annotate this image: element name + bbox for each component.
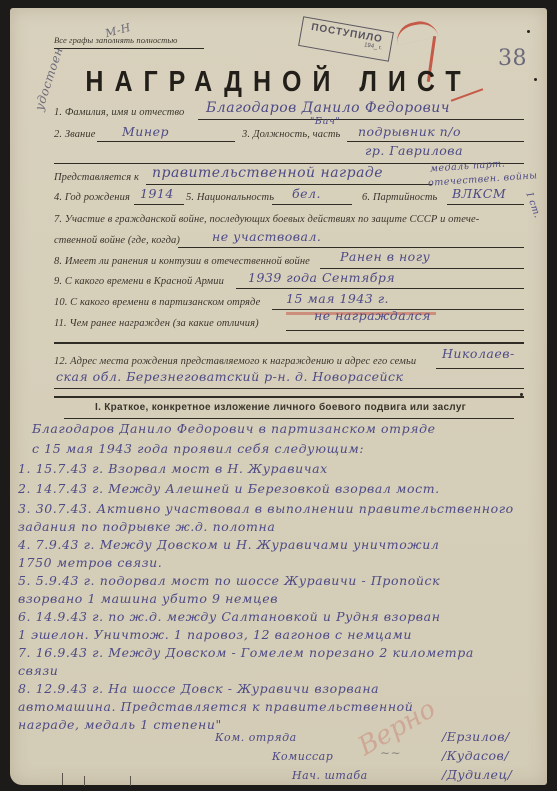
field-10-label: 10. С какого времени в партизанском отря… [54, 297, 260, 308]
narrative-line: задания по подрывке ж.д. полотна [18, 519, 275, 534]
field-9-line [236, 288, 524, 289]
field-2-value: Минер [122, 124, 169, 139]
narrative-line: 3. 30.7.43. Активно участвовал в выполне… [18, 501, 514, 516]
section-header-rule [64, 418, 514, 419]
narrative-line: взорвано 1 машина убито 9 немцев [18, 591, 278, 606]
field-10-value: 15 мая 1943 г. [286, 291, 389, 306]
narrative-line: 8. 12.9.43 г. На шоссе Довск - Журавичи … [18, 681, 379, 696]
narrative-line: автомашина. Представляется к правительст… [18, 699, 413, 714]
field-5-line [272, 204, 352, 205]
field-7-line [178, 247, 524, 248]
field-4-value: 1914 [140, 186, 174, 201]
narrative-line: 7. 16.9.43 г. Между Довском - Гомелем по… [18, 645, 474, 660]
field-7-label-line1: 7. Участие в гражданской войне, последую… [54, 214, 479, 225]
field-9-value: 1939 года Сентября [248, 270, 395, 285]
field-1-label: 1. Фамилия, имя и отчество [54, 107, 184, 118]
field-6-label: 6. Партийность [362, 192, 437, 203]
field-5-label: 5. Национальность [186, 192, 274, 203]
tear-mark [62, 773, 63, 785]
signature-name: /Дудилец/ [442, 767, 512, 782]
received-stamp: ПОСТУПИЛО 194_ г. [298, 16, 394, 62]
field-11-line-2 [54, 342, 524, 344]
field-4-line [134, 204, 184, 205]
field-12-value-line2: ская обл. Березнеговатский р-н. д. Новор… [56, 369, 404, 384]
field-1-line [198, 119, 524, 120]
presented-to-line [146, 184, 432, 185]
award-sheet: удостоен М-Н Все графы заполнять полност… [10, 8, 547, 785]
signature-name: /Кудасов/ [442, 748, 509, 763]
field-11-value: не награждался [314, 308, 431, 323]
narrative-line: 5. 5.9.43 г. подорвал мост по шоссе Жура… [18, 573, 440, 588]
field-11-line [286, 330, 524, 331]
instruction-underline [54, 48, 204, 49]
signature-name: /Ерзилов/ [442, 729, 510, 744]
field-6-extra: I ст. [524, 191, 543, 220]
field-8-value: Ранен в ногу [340, 249, 430, 264]
field-12-label: 12. Адрес места рождения представляемого… [54, 356, 416, 367]
paper-dot [520, 393, 523, 396]
field-5-value: бел. [292, 186, 321, 201]
field-12-line-2 [54, 388, 524, 389]
field-7-label-line2: ственной войне (где, когда) [54, 235, 180, 246]
field-11-label-display: 11. Чем ранее награжден (за какие отличи… [54, 318, 259, 329]
field-12-line [436, 368, 524, 369]
signature-role: Комиссар [272, 750, 333, 763]
signature-role: Ком. отряда [215, 731, 297, 744]
paper-dot [527, 30, 530, 33]
field-6-value: ВЛКСМ [452, 186, 506, 201]
field-3-value-line2: гр. Гаврилова [365, 143, 463, 158]
signature-scribble: ∼∼ [380, 746, 401, 760]
field-6-line [447, 204, 524, 205]
field-2-label: 2. Звание [54, 129, 95, 140]
field-4-label: 4. Год рождения [54, 192, 130, 203]
narrative-line: 1750 метров связи. [18, 555, 162, 570]
tear-mark [84, 776, 85, 786]
narrative-line: с 15 мая 1943 года проявил себя следующи… [32, 441, 364, 456]
section-header: I. Краткое, конкретное изложение личного… [95, 402, 466, 413]
narrative-line: 1 эшелон. Уничтож. 1 паровоз, 12 вагонов… [18, 627, 412, 642]
narrative-line: связи [18, 663, 58, 678]
tear-mark [130, 776, 131, 786]
narrative-line: Благодаров Данило Федорович в партизанск… [32, 421, 436, 436]
field-7-value: не участвовал. [212, 229, 321, 244]
presented-to-value: правительственной награде [152, 165, 383, 181]
field-2-line [97, 141, 235, 142]
field-8-label: 8. Имеет ли ранения и контузии в отечест… [54, 256, 310, 267]
field-3-line [347, 141, 524, 142]
field-3-extra: "Бич" [310, 116, 340, 127]
narrative-line: награде, медаль 1 степени" [18, 717, 222, 732]
presented-to-label: Представляется к [54, 172, 139, 183]
narrative-line: 4. 7.9.43 г. Между Довском и Н. Журавича… [18, 537, 439, 552]
instruction-text: Все графы заполнять полностью [54, 35, 177, 45]
narrative-line: 6. 14.9.43 г. по ж.д. между Салтановкой … [18, 609, 441, 624]
field-9-label: 9. С какого времени в Красной Армии [54, 276, 224, 287]
field-12-value: Николаев- [442, 346, 515, 361]
document-title: НАГРАДНОЙ ЛИСТ [10, 66, 547, 99]
signature-role: Нач. штаба [292, 769, 368, 782]
narrative-line: 2. 14.7.43 г. Между Алешней и Березовкой… [18, 481, 440, 496]
field-8-line [320, 268, 524, 269]
narrative-line: 1. 15.7.43 г. Взорвал мост в Н. Журавича… [18, 461, 328, 476]
field-1-value: Благодаров Данило Федорович [206, 100, 450, 116]
section-top-rule [54, 396, 524, 398]
field-3-value: подрывник п/о [358, 124, 461, 139]
field-3-label: 3. Должность, часть [242, 129, 340, 140]
